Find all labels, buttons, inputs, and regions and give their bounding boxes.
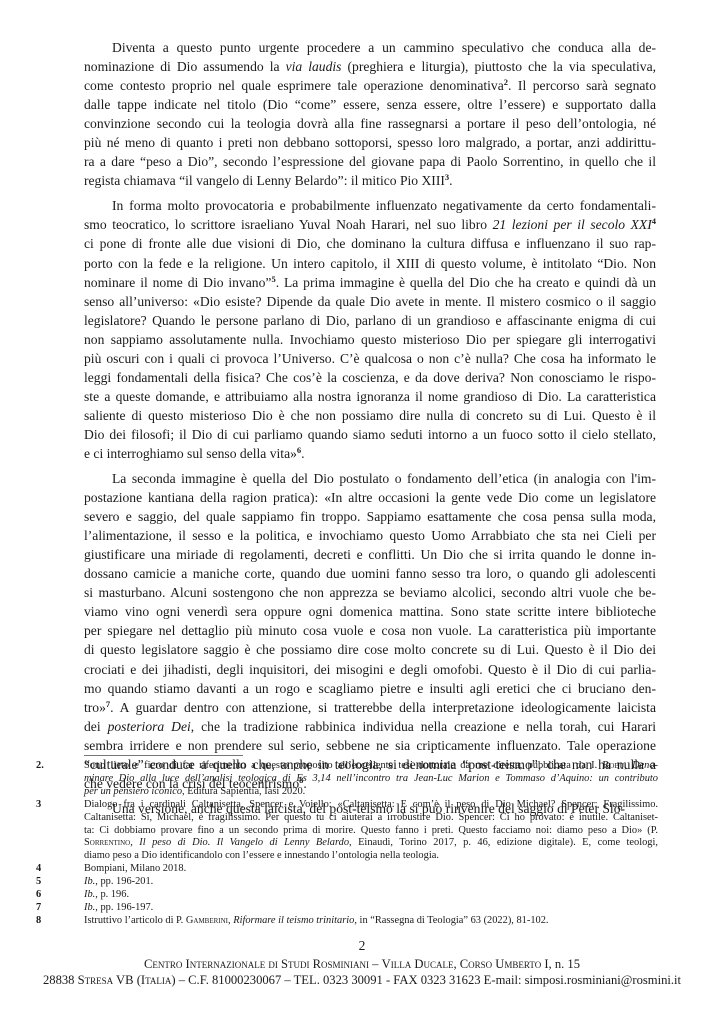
italic-text: Deno- [632, 760, 658, 771]
text-line: tro»7. A guardar dentro con attenzione, … [84, 698, 656, 717]
footnote-ref: 3 [445, 172, 449, 182]
footnote-text: Dialogo fra i cardinali Caltanisetta, Sp… [84, 799, 658, 864]
text-line: nominare il nome di Dio invano”5. La pri… [84, 273, 656, 292]
text-line: non sappiamo assolutamente nulla. Invoch… [84, 330, 656, 349]
footnote: 5Ib., pp. 196-201. [36, 876, 658, 889]
footnote-line: Sorrentino, Il peso di Dio. Il Vangelo d… [84, 837, 658, 850]
footnote-ref: 2 [504, 77, 508, 87]
text-line: per spiegare nel dettaglio più minuto co… [84, 621, 656, 640]
footnote-line: Ib., pp. 196-201. [84, 876, 658, 889]
small-caps-text: Villa Ducale, Corso Umberto [382, 957, 542, 971]
page-footer: Centro Internazionale di Studi Rosminian… [0, 956, 724, 988]
footnote: 7Ib., pp. 196-197. [36, 902, 658, 915]
text-line: nominazione di Dio assumendo la via laud… [84, 57, 656, 76]
text-line: si masturbano. Alcuni sostengono che non… [84, 583, 656, 602]
text-line: ste a queste domande, e attribuiamo alla… [84, 387, 656, 406]
text-line: leggi fondamentali della fisica? Che cos… [84, 368, 656, 387]
text-line: La seconda immagine è quella del Dio pos… [84, 469, 656, 488]
italic-text: per un pensiero iconico [84, 786, 182, 797]
page-number: 2 [0, 938, 724, 954]
footnote-text: Sono lieto e fiero di far riferimento a … [84, 760, 658, 799]
footnote-separator [84, 755, 243, 756]
italic-text: minare Dio alla luce dell’analisi teolog… [84, 773, 658, 784]
text-line: dossano camicie a maniche corte, quando … [84, 564, 656, 583]
footnote-text: Istruttivo l’articolo di P. Gamberini, R… [84, 915, 658, 928]
text-line: più né meno di quanto i preti non debban… [84, 133, 656, 152]
footnote-number: 7 [36, 902, 84, 915]
text-line: viamo vino ogni venerdì sera oppure ogni… [84, 602, 656, 621]
footnote-number: 8 [36, 915, 84, 928]
text-line: ra a dare “peso a Dio”, secondo l’espres… [84, 152, 656, 171]
paragraph: La seconda immagine è quella del Dio pos… [84, 469, 656, 793]
footnote-number: 3 [36, 799, 84, 864]
footnote-number: 2. [36, 760, 84, 799]
footnote-line: ta: Ci dobbiamo provare fino a un second… [84, 825, 658, 838]
footnote-text: Ib., pp. 196-201. [84, 876, 658, 889]
footnote-ref: 5 [271, 274, 275, 284]
small-caps-text: Sorrentino [84, 837, 130, 848]
footnote: 4Bompiani, Milano 2018. [36, 863, 658, 876]
text-line: postazione kantiana della ragion pratica… [84, 488, 656, 507]
footnote-line: Caltanisetta: Si, Michael, è fragilissim… [84, 812, 658, 825]
footnote-ref: 6 [297, 445, 301, 455]
text-line: saliente di questo misterioso Dio è che … [84, 406, 656, 425]
footnote-line: Bompiani, Milano 2018. [84, 863, 658, 876]
text-line: Dio dei filosofi; il Dio di cui parliamo… [84, 425, 656, 444]
italic-text: 21 lezioni per il secolo XXI [493, 217, 652, 232]
footnote-line: per un pensiero iconico, Editura Sapient… [84, 786, 658, 799]
text-line: e ci interroghiamo sul senso della vita»… [84, 444, 656, 463]
footnote: 6Ib., p. 196. [36, 889, 658, 902]
footnote: 2.Sono lieto e fiero di far riferimento … [36, 760, 658, 799]
text-line: mo quando stiamo davanti a un rogo e sca… [84, 679, 656, 698]
footnote-text: Ib., p. 196. [84, 889, 658, 902]
paragraph: In forma molto provocatoria e probabilme… [84, 196, 656, 463]
small-caps-text: Robu [602, 760, 624, 771]
footnote-text: Ib., pp. 196-197. [84, 902, 658, 915]
small-caps-text: Gamberini [186, 915, 228, 926]
footnote-line: minare Dio alla luce dell’analisi teolog… [84, 773, 658, 786]
footnote: 8Istruttivo l’articolo di P. Gamberini, … [36, 915, 658, 928]
footnote-number: 6 [36, 889, 84, 902]
text-line: dalle tappe indicate nel titolo (Dio “co… [84, 95, 656, 114]
footnote-line: diamo peso a Dio identificandolo con l’e… [84, 850, 658, 863]
footnote-line: Ib., p. 196. [84, 889, 658, 902]
footnote-line: Dialogo fra i cardinali Caltanisetta, Sp… [84, 799, 658, 812]
italic-text: Ib. [84, 889, 95, 900]
footnote-line: Ib., pp. 196-197. [84, 902, 658, 915]
text-line: ci pone di fronte alle due visioni di Di… [84, 234, 656, 253]
paragraph: Diventa a questo punto urgente procedere… [84, 38, 656, 190]
footnote-ref: 4 [652, 216, 656, 226]
text-line: più oscuri con i quali ci provoca l’Univ… [84, 349, 656, 368]
text-line: Diventa a questo punto urgente procedere… [84, 38, 656, 57]
footer-address-line: Centro Internazionale di Studi Rosminian… [0, 956, 724, 972]
text-line: crociati e dei jihadisti, degli inquisit… [84, 660, 656, 679]
small-caps-text: Centro Internazionale di Studi Rosminian… [144, 957, 369, 971]
italic-text: Ib. [84, 876, 95, 887]
text-line: severo e saggio, del quale sappiamo fin … [84, 507, 656, 526]
text-line: convinzione secondo cui la teologia dovr… [84, 114, 656, 133]
text-line: come contesto proprio nel quale esprimer… [84, 76, 656, 95]
text-line: l’alimentazione, il sesso e la politica,… [84, 526, 656, 545]
text-line: sembra irridere e non prendere sul serio… [84, 736, 656, 755]
italic-text: via laudis [286, 59, 342, 74]
footnote-line: Sono lieto e fiero di far riferimento a … [84, 760, 658, 773]
text-line: legislatore? Quando le persone parlano d… [84, 311, 656, 330]
text-line: dei posteriora Dei, che la tradizione ra… [84, 717, 656, 736]
text-line: giustificare una miriade di regolamenti,… [84, 545, 656, 564]
italic-text: Il peso di Dio. Il Vangelo di Lenny Bela… [139, 837, 349, 848]
text-line: di questo legislatore saggio è che possi… [84, 640, 656, 659]
text-line: porto con la fede e la religione. Un int… [84, 254, 656, 273]
text-line: In forma molto provocatoria e probabilme… [84, 196, 656, 215]
footnote-number: 5 [36, 876, 84, 889]
footnote-text: Bompiani, Milano 2018. [84, 863, 658, 876]
small-caps-text: Stresa [78, 973, 114, 987]
small-caps-text: Italia [141, 973, 171, 987]
footer-contact-line: 28838 Stresa VB (Italia) – C.F. 81000230… [0, 972, 724, 988]
footnote-ref: 7 [106, 699, 110, 709]
italic-text: Riformare il teismo trinitario [233, 915, 354, 926]
italic-text: posteriora Dei [108, 719, 191, 734]
footnote-line: Istruttivo l’articolo di P. Gamberini, R… [84, 915, 658, 928]
footnotes: 2.Sono lieto e fiero di far riferimento … [36, 760, 658, 928]
footnote-number: 4 [36, 863, 84, 876]
footnote: 3Dialogo fra i cardinali Caltanisetta, S… [36, 799, 658, 864]
text-line: senso all’universo: «Dio esiste? Dipende… [84, 292, 656, 311]
italic-text: Ib. [84, 902, 95, 913]
text-line: regista chiamava “il vangelo di Lenny Be… [84, 171, 656, 190]
text-line: smo teocratico, lo scrittore israeliano … [84, 215, 656, 234]
body-text: Diventa a questo punto urgente procedere… [84, 38, 656, 824]
